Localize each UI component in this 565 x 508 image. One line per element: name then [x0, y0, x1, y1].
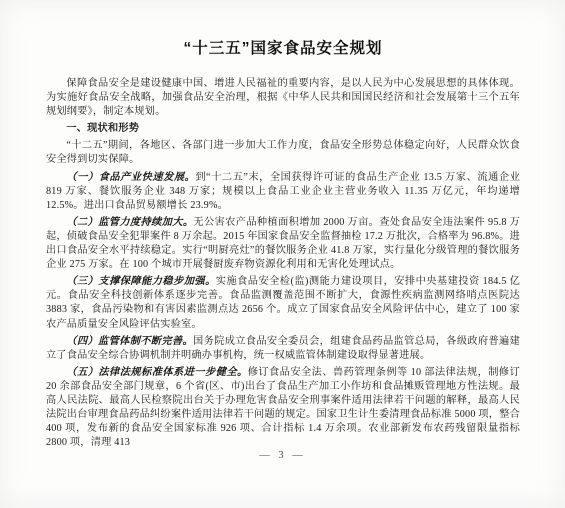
overview-paragraph: “十二五”期间，各地区、各部门进一步加大工作力度，食品安全形势总体稳定向好，人民… [46, 139, 520, 167]
item-5-lead: （五）法律法规标准体系进一步健全。 [66, 367, 247, 378]
document-title: “十三五”国家食品安全规划 [46, 38, 520, 60]
numbered-item-2: （二）监管力度持续加大。无公害农产品种植面积增加 2000 万亩。查处食品安全违… [46, 216, 520, 272]
item-1-lead: （一）食品产业快速发展。 [66, 172, 195, 183]
item-3-lead: （三）支撑保障能力稳步加强。 [66, 276, 215, 287]
page-number: — 3 — [0, 450, 565, 461]
numbered-item-5: （五）法律法规标准体系进一步健全。修订食品安全法、兽药管理条例等 10 部法律法… [46, 366, 520, 451]
document-body: 保障食品安全是建设健康中国、增进人民福祉的重要内容，是以人民为中心发展思想的具体… [46, 77, 520, 450]
numbered-item-1: （一）食品产业快速发展。到“十二五”末，全国获得许可证的食品生产企业 13.5 … [46, 171, 520, 213]
item-2-lead: （二）监管力度持续加大。 [66, 217, 193, 228]
intro-paragraph: 保障食品安全是建设健康中国、增进人民福祉的重要内容，是以人民为中心发展思想的具体… [46, 77, 520, 119]
numbered-item-3: （三）支撑保障能力稳步加强。实施食品安全检(监)测能力建设项目，安排中央基建投资… [46, 275, 520, 331]
document-page: “十三五”国家食品安全规划 保障食品安全是建设健康中国、增进人民福祉的重要内容，… [0, 0, 565, 508]
section-heading-status-and-situation: 一、现状和形势 [46, 122, 520, 136]
item-4-lead: （四）监管体制不断完善。 [66, 336, 193, 347]
numbered-item-4: （四）监管体制不断完善。国务院成立食品安全委员会，组建食品药品监管总局，各级政府… [46, 335, 520, 363]
item-5-text: 修订食品安全法、兽药管理条例等 10 部法律法规，制修订 20 余部食品安全部门… [46, 367, 520, 448]
